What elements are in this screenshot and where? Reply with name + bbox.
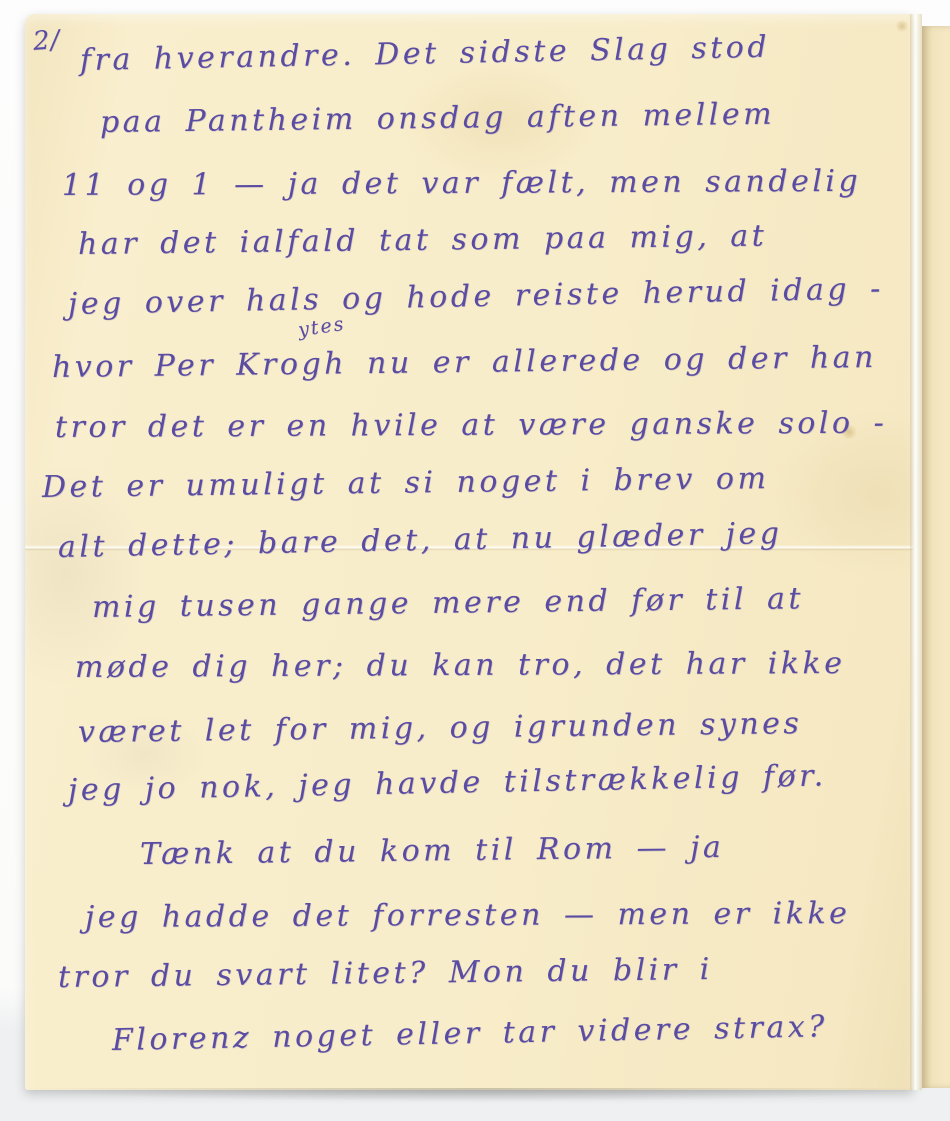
handwriting-line: hvor Per Krogh nu er allerede og der han	[52, 335, 877, 391]
handwriting-line: Det er umuligt at si noget i brev om	[42, 456, 770, 511]
handwriting-line: Florenz noget eller tar videre strax?	[112, 1004, 829, 1064]
handwriting-layer: 2/ ytes fra hverandre. Det sidste Slag s…	[0, 0, 950, 1121]
handwriting-line: tror det er en hvile at være ganske solo…	[55, 401, 887, 451]
handwriting-line: jeg over hals og hode reiste herud idag …	[68, 266, 885, 328]
scanned-letter-page: 2/ ytes fra hverandre. Det sidste Slag s…	[0, 0, 950, 1121]
handwriting-line: tror du svart litet? Mon du blir i	[58, 947, 713, 1001]
handwriting-line: møde dig her; du kan tro, det har ikke	[75, 641, 846, 691]
handwriting-line: jeg jo nok, jeg havde tilstrækkelig før.	[68, 753, 828, 814]
handwriting-line: Tænk at du kom til Rom — ja	[140, 825, 725, 878]
handwriting-line: paa Pantheim onsdag aften mellem	[100, 92, 776, 146]
handwriting-line: jeg hadde det forresten — men er ikke	[85, 891, 851, 941]
handwriting-line: været let for mig, og igrunden synes	[78, 701, 803, 756]
handwriting-line: fra hverandre. Det sidste Slag stod	[80, 25, 771, 84]
handwriting-line: alt dette; bare det, at nu glæder jeg	[58, 511, 783, 571]
handwriting-line: mig tusen gange mere end før til at	[92, 576, 804, 631]
page-number: 2/	[32, 25, 61, 57]
handwriting-line: 11 og 1 — ja det var fælt, men sandelig	[62, 159, 861, 209]
handwriting-line: har det ialfald tat som paa mig, at	[78, 214, 768, 268]
